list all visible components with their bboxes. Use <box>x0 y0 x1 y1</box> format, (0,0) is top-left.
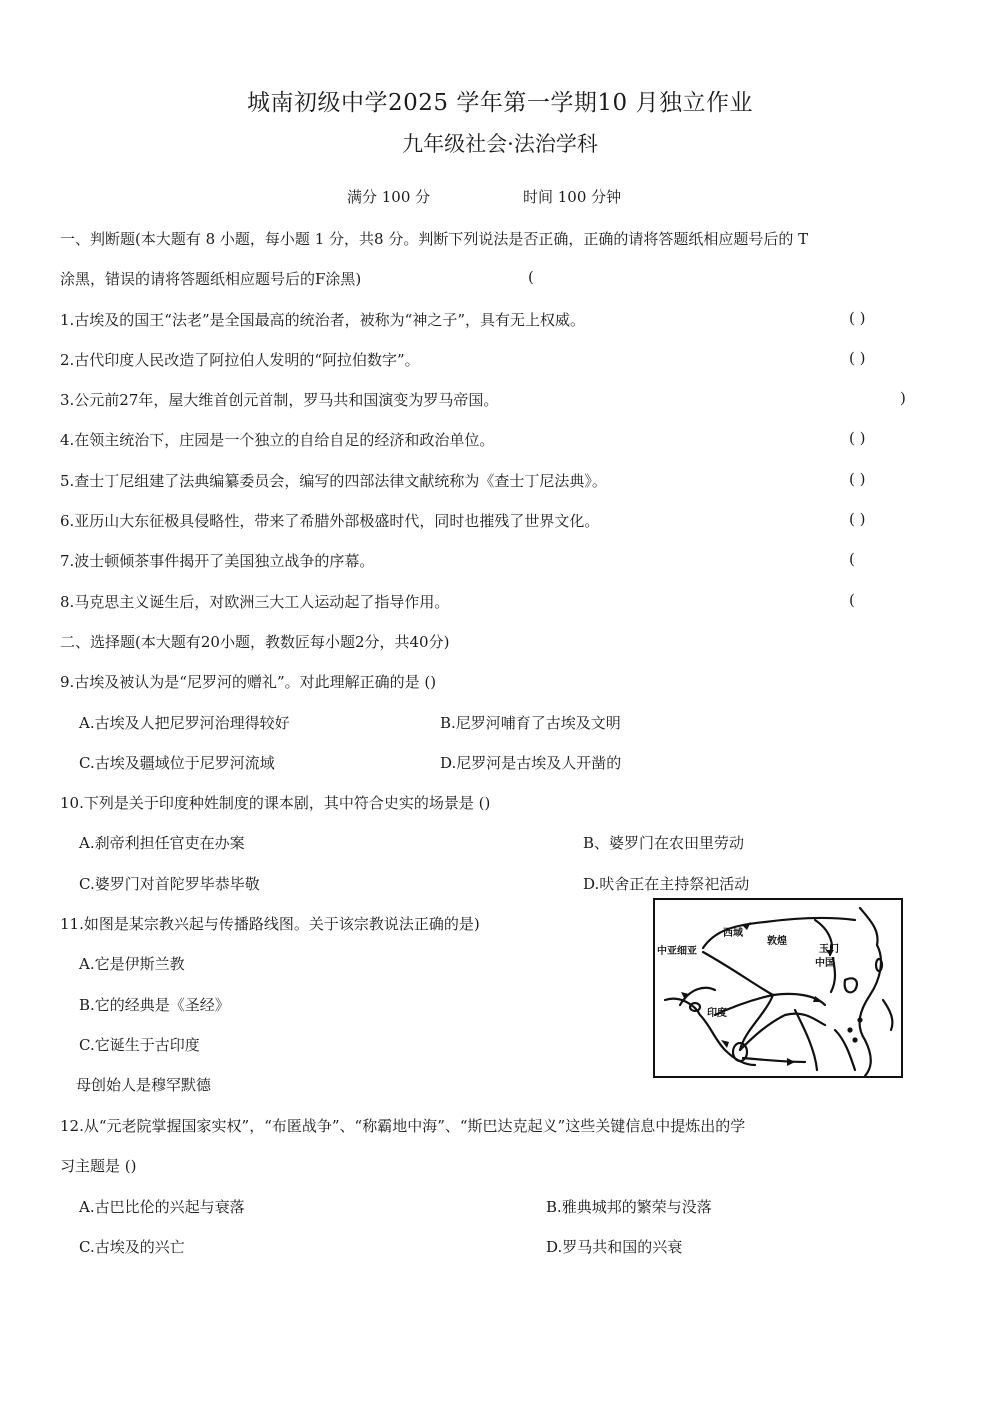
question-6: 6.亚历山大东征极具侵略性，带来了希腊外部极盛时代，同时也摧残了世界文化。 <box>60 510 599 531</box>
answer-blank-6: ( ) <box>849 510 865 528</box>
question-4: 4.在领主统治下，庄园是一个独立的自给自足的经济和政治单位。 <box>60 429 494 450</box>
q10-option-b: B、婆罗门在农田里劳动 <box>583 832 744 853</box>
exam-title: 城南初级中学2025 学年第一学期10 月独立作业 <box>0 84 1000 117</box>
q9-option-d: D.尼罗河是古埃及人开凿的 <box>440 752 621 773</box>
exam-time: 时间 100 分钟 <box>523 186 621 207</box>
q11-option-a: A.它是伊斯兰教 <box>79 953 185 974</box>
question-11: 11.如图是某宗教兴起与传播路线图。关于该宗教说法正确的是) <box>60 913 480 934</box>
q12-option-d: D.罗马共和国的兴衰 <box>546 1236 682 1257</box>
question-9: 9.古埃及被认为是“尼罗河的赠礼”。对此理解正确的是 () <box>60 671 436 692</box>
question-12-line1: 12.从“元老院掌握国家实权”，“布匿战争”、“称霸地中海”、“斯巴达克起义”这… <box>60 1115 745 1136</box>
q11-option-d: 母创始人是穆罕默德 <box>76 1074 211 1095</box>
q12-option-c: C.古埃及的兴亡 <box>79 1236 185 1257</box>
answer-paren: ( <box>528 268 534 286</box>
q12-option-b: B.雅典城邦的繁荣与没落 <box>546 1196 712 1217</box>
question-2: 2.古代印度人民改造了阿拉伯人发明的“阿拉伯数字”。 <box>60 349 420 370</box>
q10-option-d: D.吠舍正在主持祭祀活动 <box>583 873 749 894</box>
answer-blank-4: ( ) <box>849 429 865 447</box>
q9-option-b: B.尼罗河哺育了古埃及文明 <box>440 712 621 733</box>
answer-blank-2: ( ) <box>849 349 865 367</box>
section1-instruction-line1: 一、判断题(本大题有 8 小题，每小题 1 分，共8 分。判断下列说法是否正确，… <box>60 228 808 249</box>
map-label-dunhuang: 敦煌 <box>767 932 787 947</box>
q12-option-a: A.古巴比伦的兴起与衰落 <box>79 1196 245 1217</box>
q9-option-c: C.古埃及疆域位于尼罗河流域 <box>79 752 275 773</box>
route-map-drawing <box>655 900 901 1076</box>
answer-blank-5: ( ) <box>849 470 865 488</box>
religion-spread-map: 中亚细亚 西域 敦煌 玉门 中国 印度 <box>653 898 903 1078</box>
q9-option-a: A.古埃及人把尼罗河治理得较好 <box>79 712 290 733</box>
answer-blank-7: ( <box>849 550 855 568</box>
question-1: 1.古埃及的国王“法老”是全国最高的统治者，被称为“神之子”，具有无上权威。 <box>60 309 585 330</box>
q11-option-b: B.它的经典是《圣经》 <box>79 994 230 1015</box>
map-label-central-asia: 中亚细亚 <box>657 942 697 957</box>
map-label-western-regions: 西域 <box>723 924 743 939</box>
question-10: 10.下列是关于印度种姓制度的课本剧，其中符合史实的场景是 () <box>60 792 490 813</box>
question-7: 7.波士顿倾茶事件揭开了美国独立战争的序幕。 <box>60 550 374 571</box>
q10-option-c: C.婆罗门对首陀罗毕恭毕敬 <box>79 873 260 894</box>
q11-option-c: C.它诞生于古印度 <box>79 1034 200 1055</box>
answer-blank-8: ( <box>849 591 855 609</box>
question-5: 5.查士丁尼组建了法典编纂委员会，编写的四部法律文献统称为《查士丁尼法典》。 <box>60 470 607 491</box>
section1-instruction-line2: 涂黑，错误的请将答题纸相应题号后的F涂黑) <box>60 268 361 289</box>
map-label-india: 印度 <box>707 1004 727 1019</box>
question-12-line2: 习主题是 () <box>60 1155 136 1176</box>
section2-instruction: 二、选择题(本大题有20小题，教数匠每小题2分，共40分) <box>60 631 449 652</box>
exam-subtitle: 九年级社会·法治学科 <box>0 128 1000 158</box>
question-8: 8.马克思主义诞生后，对欧洲三大工人运动起了指导作用。 <box>60 591 449 612</box>
map-label-china: 中国 <box>815 954 835 969</box>
answer-blank-3: ) <box>900 389 906 407</box>
question-3: 3.公元前27年，屋大维首创元首制，罗马共和国演变为罗马帝国。 <box>60 389 498 410</box>
q10-option-a: A.刹帝利担任官吏在办案 <box>79 832 245 853</box>
answer-blank-1: ( ) <box>849 309 865 327</box>
map-label-yumen: 玉门 <box>819 940 839 955</box>
full-score: 满分 100 分 <box>347 186 430 207</box>
